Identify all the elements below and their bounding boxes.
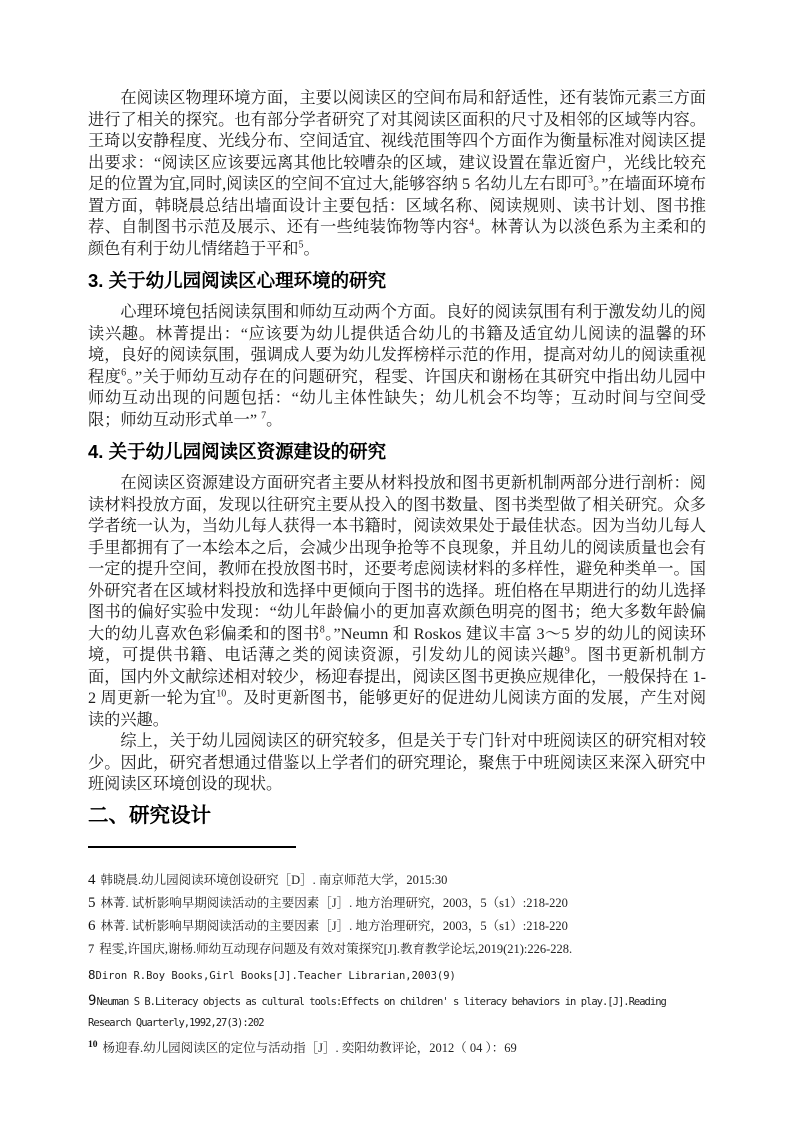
footnote-ref: 4	[469, 218, 474, 229]
footnote-ref: 7	[261, 410, 266, 421]
chapter-heading-research-design: 二、研究设计	[88, 803, 706, 829]
footnote-separator	[88, 846, 296, 848]
footnote-ref: 9	[565, 646, 570, 657]
footnote-text: 杨迎春.幼儿园阅读区的定位与活动指［J］. 奕阳幼教评论，2012（ 04 ）：…	[103, 1041, 517, 1055]
content-column: 在阅读区物理环境方面，主要以阅读区的空间布局和舒适性，还有装饰元素三方面进行了相…	[88, 88, 706, 829]
document-page: 在阅读区物理环境方面，主要以阅读区的空间布局和舒适性，还有装饰元素三方面进行了相…	[0, 0, 793, 1122]
footnote-ref: 5	[298, 239, 303, 250]
footnote-row-4: 4韩晓晨.幼儿园阅读环境创设研究［D］. 南京师范大学，2015:30	[88, 870, 706, 891]
footnote-text: 林菁. 试析影响早期阅读活动的主要因素［J］. 地方治理研究，2003，5（s1…	[101, 919, 568, 933]
section-heading-psych-environment: 3. 关于幼儿园阅读区心理环境的研究	[88, 268, 706, 293]
footnote-row-9: 9Neuman S B.Literacy objects as cultural…	[88, 991, 706, 1033]
footnote-row-8: 8Diron R.Boy Books,Girl Books[J].Teacher…	[88, 965, 706, 987]
footnote-text: Diron R.Boy Books,Girl Books[J].Teacher …	[96, 970, 456, 982]
footnote-marker: 7	[88, 942, 94, 956]
paragraph-psych-environment: 心理环境包括阅读氛围和师幼互动两个方面。良好的阅读氛围有利于激发幼儿的阅读兴趣。…	[88, 302, 706, 431]
footnote-text: Neuman S B.Literacy objects as cultural …	[88, 996, 666, 1029]
footnote-ref: 10	[216, 689, 226, 700]
section-heading-resource-construction: 4. 关于幼儿园阅读区资源建设的研究	[88, 439, 706, 464]
paragraph-resource-construction: 在阅读区资源建设方面研究者主要从材料投放和图书更新机制两部分进行剖析：阅读材料投…	[88, 473, 706, 731]
footnote-row-6: 6林菁. 试析影响早期阅读活动的主要因素［J］. 地方治理研究，2003，5（s…	[88, 916, 706, 937]
footnote-marker: 4	[88, 872, 96, 888]
footnote-list: 4韩晓晨.幼儿园阅读环境创设研究［D］. 南京师范大学，2015:30 5林菁.…	[88, 870, 706, 1059]
paragraph-summary: 综上，关于幼儿园阅读区的研究较多，但是关于专门针对中班阅读区的研究相对较少。因此…	[88, 731, 706, 796]
footnote-ref: 3	[588, 175, 593, 186]
footnote-text: 韩晓晨.幼儿园阅读环境创设研究［D］. 南京师范大学，2015:30	[101, 873, 448, 887]
footnote-marker: 6	[88, 918, 96, 934]
footnote-text: 程雯,许国庆,谢杨.师幼互动现存问题及有效对策探究[J].教育教学论坛,2019…	[99, 942, 572, 956]
footnote-marker: 8	[88, 967, 96, 982]
footnote-row-7: 7程雯,许国庆,谢杨.师幼互动现存问题及有效对策探究[J].教育教学论坛,201…	[88, 939, 706, 960]
footnote-marker: 5	[88, 895, 96, 911]
footnote-ref: 6	[121, 367, 126, 378]
footnote-row-5: 5林菁. 试析影响早期阅读活动的主要因素［J］. 地方治理研究，2003，5（s…	[88, 893, 706, 914]
footnote-row-10: 10杨迎春.幼儿园阅读区的定位与活动指［J］. 奕阳幼教评论，2012（ 04 …	[88, 1038, 706, 1059]
footnote-marker: 10	[88, 1040, 98, 1050]
footnote-text: 林菁. 试析影响早期阅读活动的主要因素［J］. 地方治理研究，2003，5（s1…	[101, 896, 568, 910]
paragraph-physical-environment: 在阅读区物理环境方面，主要以阅读区的空间布局和舒适性，还有装饰元素三方面进行了相…	[88, 88, 706, 260]
footnote-ref: 8	[320, 624, 325, 635]
footnote-area: 4韩晓晨.幼儿园阅读环境创设研究［D］. 南京师范大学，2015:30 5林菁.…	[88, 846, 706, 1061]
